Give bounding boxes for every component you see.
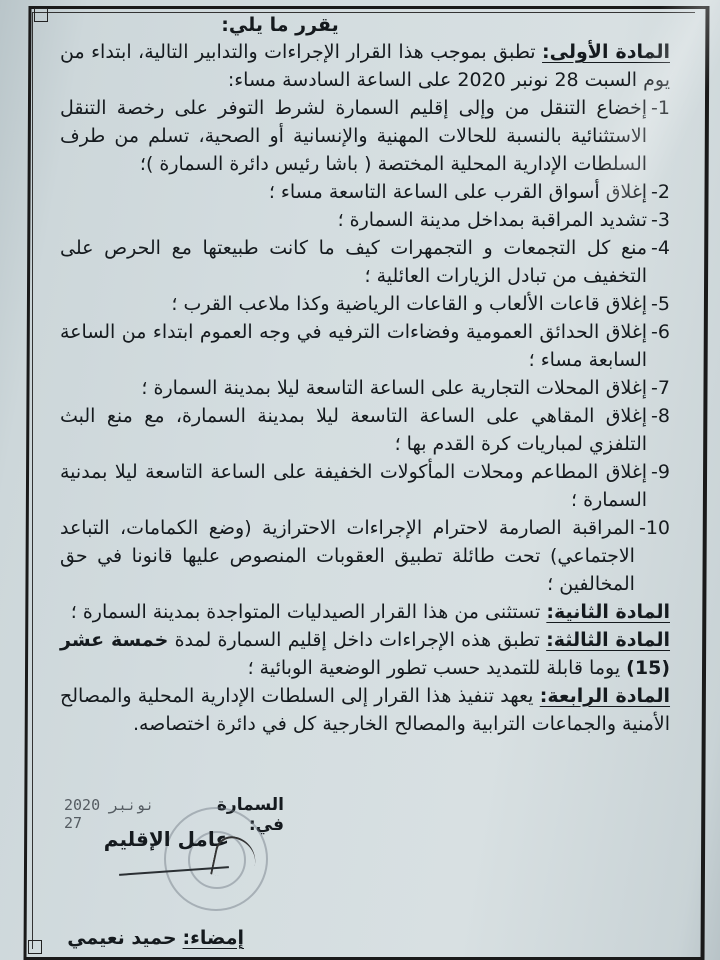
list-item: 2- إغلاق أسواق القرب على الساعة التاسعة … [60,178,670,206]
border-corner-ornament [28,940,42,954]
item-number: 2- [647,178,670,206]
list-item: 4- منع كل التجمعات و التجمهرات كيف ما كا… [60,234,670,290]
article-2-label: المادة الثانية: [546,601,670,623]
item-text: إغلاق المطاعم ومحلات المأكولات الخفيفة ع… [60,458,647,514]
article-3-text-after: يوما قابلة للتمديد حسب تطور الوضعية الوب… [248,657,621,679]
item-text: إخضاع التنقل من وإلى إقليم السمارة لشرط … [60,94,647,178]
item-number: 8- [647,402,670,458]
item-number: 1- [647,94,670,178]
article-2: المادة الثانية: تستثنى من هذا القرار الص… [60,598,670,626]
signature-prefix: إمضاء: [183,927,244,949]
item-number: 5- [647,290,670,318]
signatory-name: حميد نعيمي [67,927,176,949]
item-number: 4- [647,234,670,290]
item-text: إغلاق المقاهي على الساعة التاسعة ليلا بم… [60,402,647,458]
item-number: 3- [647,206,670,234]
list-item: 5- إغلاق قاعات الألعاب و القاعات الرياضي… [60,290,670,318]
signature-block: السمارة في: 2020 نونبر 27 عامل الإقليم إ… [64,795,324,955]
list-item: 6- إغلاق الحدائق العمومية وفضاءات الترفي… [60,318,670,374]
item-number: 10- [635,514,670,598]
article-4-label: المادة الرابعة: [540,685,670,707]
item-text: إغلاق أسواق القرب على الساعة التاسعة مسا… [60,178,647,206]
article-3-label: المادة الثالثة: [546,629,670,651]
list-item: 10- المراقبة الصارمة لاحترام الإجراءات ا… [60,514,670,598]
item-number: 6- [647,318,670,374]
document-body: يقرر ما يلي: المادة الأولى: تطبق بموجب ه… [60,12,670,738]
article-1-intro-line1: تطبق بموجب هذا القرار الإجراءات والتدابي… [91,41,535,63]
list-item: 7- إغلاق المحلات التجارية على الساعة الت… [60,374,670,402]
item-text: إغلاق قاعات الألعاب و القاعات الرياضية و… [60,290,647,318]
item-number: 7- [647,374,670,402]
article-2-text: تستثنى من هذا القرار الصيدليات المتواجدة… [71,601,541,623]
list-item: 8- إغلاق المقاهي على الساعة التاسعة ليلا… [60,402,670,458]
list-item: 1- إخضاع التنقل من وإلى إقليم السمارة لش… [60,94,670,178]
border-corner-ornament [34,8,48,22]
article-3: المادة الثالثة: تطبق هذه الإجراءات داخل … [60,626,670,682]
list-item: 9- إغلاق المطاعم ومحلات المأكولات الخفيف… [60,458,670,514]
signatory: إمضاء: حميد نعيمي [67,927,244,949]
governor-title: عامل الإقليم [104,827,229,851]
item-number: 9- [647,458,670,514]
article-1-label: المادة الأولى: [542,41,670,63]
item-text: منع كل التجمعات و التجمهرات كيف ما كانت … [60,234,647,290]
article-1-intro: المادة الأولى: تطبق بموجب هذا القرار الإ… [60,38,670,94]
item-text: المراقبة الصارمة لاحترام الإجراءات الاحت… [60,514,635,598]
list-item: 3- تشديد المراقبة بمداخل مدينة السمارة ؛ [60,206,670,234]
article-4: المادة الرابعة: يعهد تنفيذ هذا القرار إل… [60,682,670,738]
item-text: إغلاق المحلات التجارية على الساعة التاسع… [60,374,647,402]
item-text: تشديد المراقبة بمداخل مدينة السمارة ؛ [60,206,647,234]
item-text: إغلاق الحدائق العمومية وفضاءات الترفيه ف… [60,318,647,374]
article-3-text-before: تطبق هذه الإجراءات داخل إقليم السمارة لم… [175,629,540,651]
decision-heading: يقرر ما يلي: [60,12,500,38]
